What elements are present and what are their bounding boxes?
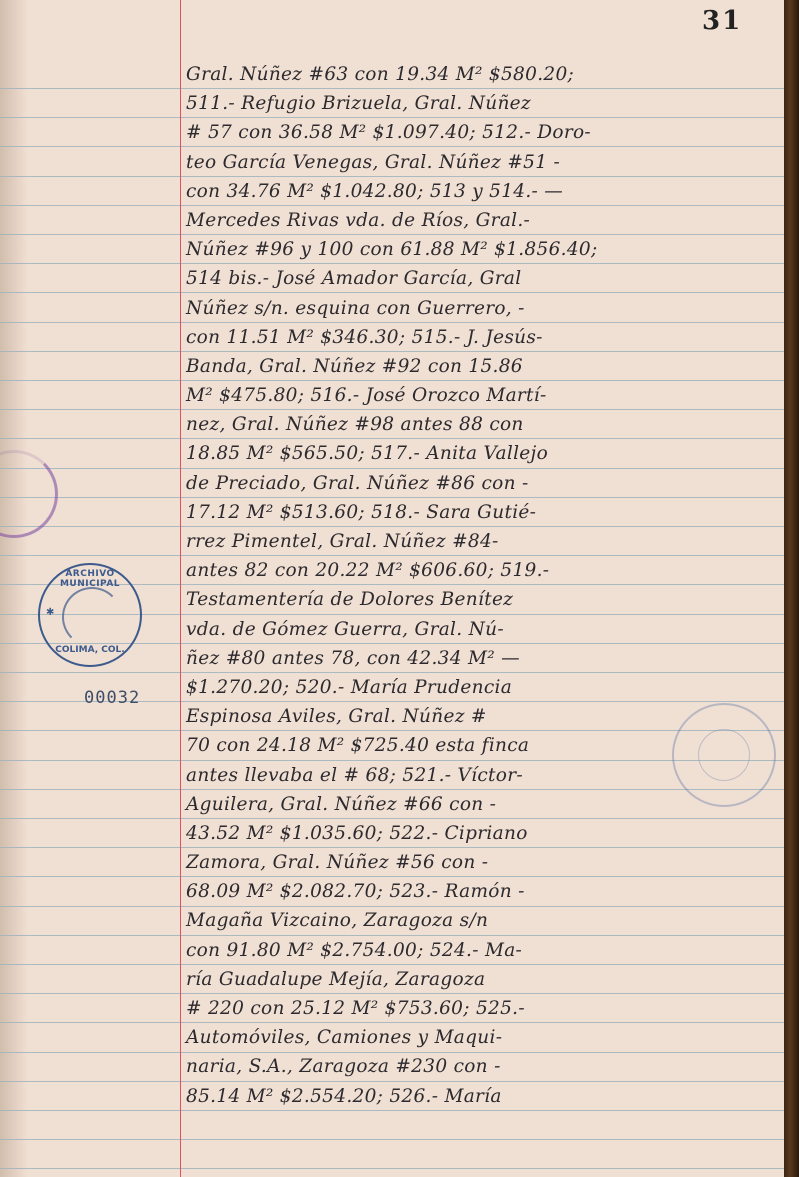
handwritten-line: 514 bis.- José Amador García, Gral [186,264,781,293]
handwritten-line: # 57 con 36.58 M² $1.097.40; 512.- Doro- [186,118,781,147]
margin-line [180,0,181,1177]
handwritten-line: con 91.80 M² $2.754.00; 524.- Ma- [186,936,781,965]
stamp-emblem-icon [62,587,122,647]
handwritten-line: Banda, Gral. Núñez #92 con 15.86 [186,352,781,381]
archive-stamp: ARCHIVO MUNICIPAL ✱ COLIMA, COL. [38,563,142,667]
folio-number: 00032 [84,688,140,708]
stamp-top-text: ARCHIVO MUNICIPAL [40,569,140,589]
handwritten-line: naria, S.A., Zaragoza #230 con - [186,1052,781,1081]
handwritten-line: antes 82 con 20.22 M² $606.60; 519.- [186,556,781,585]
handwritten-line: 511.- Refugio Brizuela, Gral. Núñez [186,89,781,118]
handwritten-line: M² $475.80; 516.- José Orozco Martí- [186,381,781,410]
handwritten-line: Aguilera, Gral. Núñez #66 con - [186,790,781,819]
handwritten-line: Espinosa Aviles, Gral. Núñez # [186,702,781,731]
handwritten-line: 17.12 M² $513.60; 518.- Sara Gutié- [186,498,781,527]
ledger-page: ARCHIVO MUNICIPAL ✱ COLIMA, COL. 00032 3… [0,0,784,1177]
handwritten-entries: Gral. Núñez #63 con 19.34 M² $580.20;511… [186,60,781,1111]
handwritten-line: antes llevaba el # 68; 521.- Víctor- [186,761,781,790]
handwritten-line: vda. de Gómez Guerra, Gral. Nú- [186,615,781,644]
handwritten-line: con 11.51 M² $346.30; 515.- J. Jesús- [186,323,781,352]
handwritten-line: 43.52 M² $1.035.60; 522.- Cipriano [186,819,781,848]
handwritten-line: Mercedes Rivas vda. de Ríos, Gral.- [186,206,781,235]
handwritten-line: de Preciado, Gral. Núñez #86 con - [186,469,781,498]
handwritten-line: Automóviles, Camiones y Maqui- [186,1023,781,1052]
page-number: 31 [702,6,742,36]
rule-line [0,1168,784,1169]
stamp-star-icon: ✱ [46,607,54,618]
handwritten-line: 18.85 M² $565.50; 517.- Anita Vallejo [186,439,781,468]
handwritten-line: ñez #80 antes 78, con 42.34 M² — [186,644,781,673]
handwritten-line: nez, Gral. Núñez #98 antes 88 con [186,410,781,439]
handwritten-line: rrez Pimentel, Gral. Núñez #84- [186,527,781,556]
handwritten-line: # 220 con 25.12 M² $753.60; 525.- [186,994,781,1023]
handwritten-line: Magaña Vizcaino, Zaragoza s/n [186,906,781,935]
handwritten-line: Núñez s/n. esquina con Guerrero, - [186,294,781,323]
handwritten-line: 68.09 M² $2.082.70; 523.- Ramón - [186,877,781,906]
handwritten-line: Gral. Núñez #63 con 19.34 M² $580.20; [186,60,781,89]
handwritten-line: con 34.76 M² $1.042.80; 513 y 514.- — [186,177,781,206]
handwritten-line: 85.14 M² $2.554.20; 526.- María [186,1082,781,1111]
handwritten-line: Zamora, Gral. Núñez #56 con - [186,848,781,877]
handwritten-line: ría Guadalupe Mejía, Zaragoza [186,965,781,994]
handwritten-line: $1.270.20; 520.- María Prudencia [186,673,781,702]
handwritten-line: 70 con 24.18 M² $725.40 esta finca [186,731,781,760]
faded-purple-stamp [0,450,58,538]
handwritten-line: Testamentería de Dolores Benítez [186,585,781,614]
rule-line [0,1139,784,1140]
stamp-bottom-text: COLIMA, COL. [40,645,140,655]
handwritten-line: Núñez #96 y 100 con 61.88 M² $1.856.40; [186,235,781,264]
book-binding-edge [784,0,799,1177]
handwritten-line: teo García Venegas, Gral. Núñez #51 - [186,148,781,177]
